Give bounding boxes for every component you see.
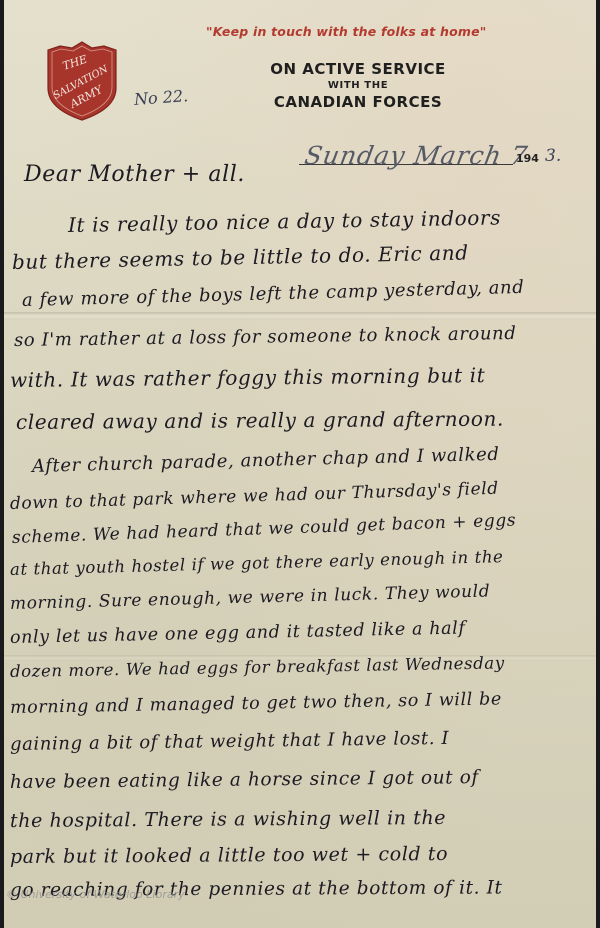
body-line: only let us have one egg and it tasted l… [10,618,466,648]
body-line: at that youth hostel if we got there ear… [10,547,504,579]
scan-border [596,0,600,928]
date-field: Sunday March 7 [299,138,513,165]
body-line: but there seems to be little to do. Eric… [12,240,469,274]
heading-canadian-forces: CANADIAN FORCES [242,93,474,111]
letter-page: "Keep in touch with the folks at home" T… [4,0,596,928]
body-line: with. It was rather foggy this morning b… [10,363,486,392]
body-line: have been eating like a horse since I go… [10,767,479,793]
body-line: scheme. We had heard that we could get b… [12,510,517,548]
date-year-handwritten: 3. [545,146,561,166]
body-line: a few more of the boys left the camp yes… [22,277,525,311]
body-line: park but it looked a little too wet + co… [10,843,448,868]
heading-with-the: WITH THE [242,80,474,91]
body-line: down to that park where we had our Thurs… [10,479,499,514]
heading-active-service: ON ACTIVE SERVICE [242,60,474,78]
salutation: Dear Mother + all. [24,162,245,187]
body-line: the hospital. There is a wishing well in… [10,807,446,832]
body-line: so I'm rather at a loss for someone to k… [14,323,517,351]
paper-fold-line [4,312,596,320]
letter-number: No 22. [133,86,188,109]
date-year-printed: 194 [516,152,539,165]
copyright-watermark: © University of Waterloo Library [6,888,185,901]
salvation-army-shield-icon: THE SALVATION ARMY [44,40,120,122]
body-line: morning and I managed to get two then, s… [10,689,502,718]
body-line: After church parade, another chap and I … [32,444,500,477]
body-line: It is really too nice a day to stay indo… [68,205,501,237]
body-line: gaining a bit of that weight that I have… [10,728,449,755]
body-line: cleared away and is really a grand after… [16,407,504,434]
body-line: morning. Sure enough, we were in luck. T… [10,581,491,614]
date-handwritten: Sunday March 7 [302,141,530,170]
letterhead-tagline: "Keep in touch with the folks at home" [206,24,486,39]
letterhead-heading: ON ACTIVE SERVICE WITH THE CANADIAN FORC… [242,60,474,111]
